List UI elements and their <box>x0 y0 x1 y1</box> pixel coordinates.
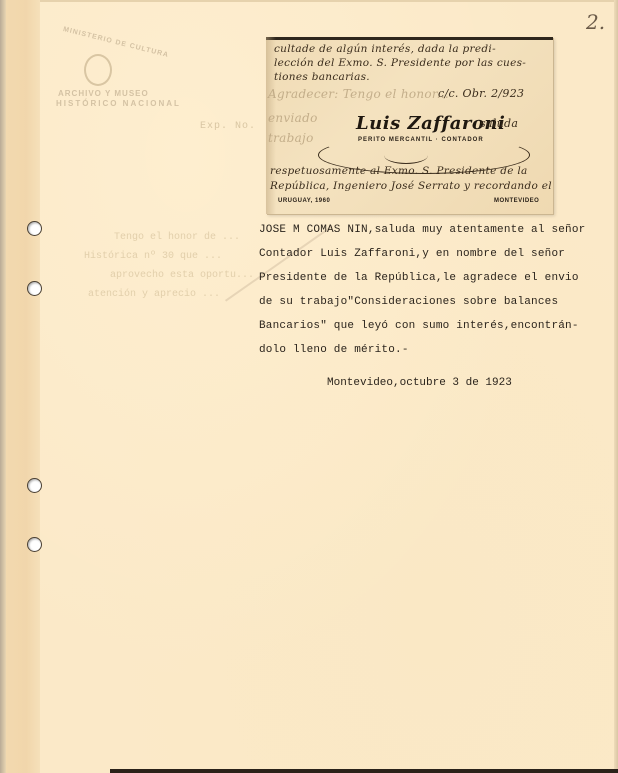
archive-stamp: MINISTERIO DE CULTURA ARCHIVO Y MUSEO HI… <box>44 24 194 114</box>
letter-line: Bancarios" que leyó con sumo interés,enc… <box>259 320 579 332</box>
punch-hole <box>27 537 42 552</box>
letter-line: Presidente de la República,le agradece e… <box>259 272 579 284</box>
faded-annotation: Agradecer: Tengo el honor... <box>268 87 449 101</box>
stamp-line-1: ARCHIVO Y MUSEO <box>58 89 149 98</box>
card-handwriting-top: lección del Exmo. S. Presidente por las … <box>274 57 526 69</box>
page-top-edge <box>40 0 618 2</box>
card-top-border <box>266 37 553 40</box>
faded-annotation: trabajo <box>268 131 314 145</box>
card-name-suffix: saluda <box>480 117 518 130</box>
card-footer-left: URUGUAY, 1960 <box>278 198 330 204</box>
card-footer-right: MONTEVIDEO <box>494 198 539 204</box>
letter-line: Contador Luis Zaffaroni,y en nombre del … <box>259 248 565 260</box>
document-page: 2. MINISTERIO DE CULTURA ARCHIVO Y MUSEO… <box>0 0 618 773</box>
signature-flourish <box>384 147 428 164</box>
faded-annotation: enviado <box>268 111 318 125</box>
ghost-reference: Exp. No. <box>200 121 256 132</box>
card-handwriting-top: cultade de algún interés, dada la predi- <box>274 43 496 55</box>
page-bottom-edge <box>110 769 618 773</box>
ghost-line: Tengo el honor de ... <box>84 228 254 247</box>
card-handwritten-date: c/c. Obr. 2/923 <box>438 87 524 100</box>
letter-line: dolo lleno de mérito.- <box>259 344 409 356</box>
punch-hole <box>27 478 42 493</box>
bleed-through-text: Tengo el honor de ... Histórica nº 30 qu… <box>84 228 254 304</box>
letter-line: JOSE M COMAS NIN,saluda muy atentamente … <box>259 224 585 236</box>
letter-date: Montevideo,octubre 3 de 1923 <box>327 377 512 389</box>
ghost-line: Histórica nº 30 que ... <box>84 247 254 266</box>
ghost-line: aprovecho esta oportu... <box>84 266 254 285</box>
punch-hole <box>27 221 42 236</box>
binding-strip <box>6 0 40 773</box>
seal-icon <box>84 54 112 86</box>
card-handwriting-top: tiones bancarias. <box>274 71 370 83</box>
stamp-line-2: HISTÓRICO NACIONAL <box>56 99 181 108</box>
page-number: 2. <box>586 10 605 34</box>
page-right-edge <box>614 0 618 773</box>
card-handwriting-bottom: respetuosamente al Exmo. S. Presidente d… <box>270 165 528 177</box>
stamp-arc-text: MINISTERIO DE CULTURA <box>62 26 169 59</box>
letter-line: de su trabajo"Consideraciones sobre bala… <box>259 296 558 308</box>
business-card: cultade de algún interés, dada la predi-… <box>266 37 553 214</box>
card-handwriting-bottom: República, Ingeniero José Serrato y reco… <box>270 180 552 192</box>
punch-hole <box>27 281 42 296</box>
